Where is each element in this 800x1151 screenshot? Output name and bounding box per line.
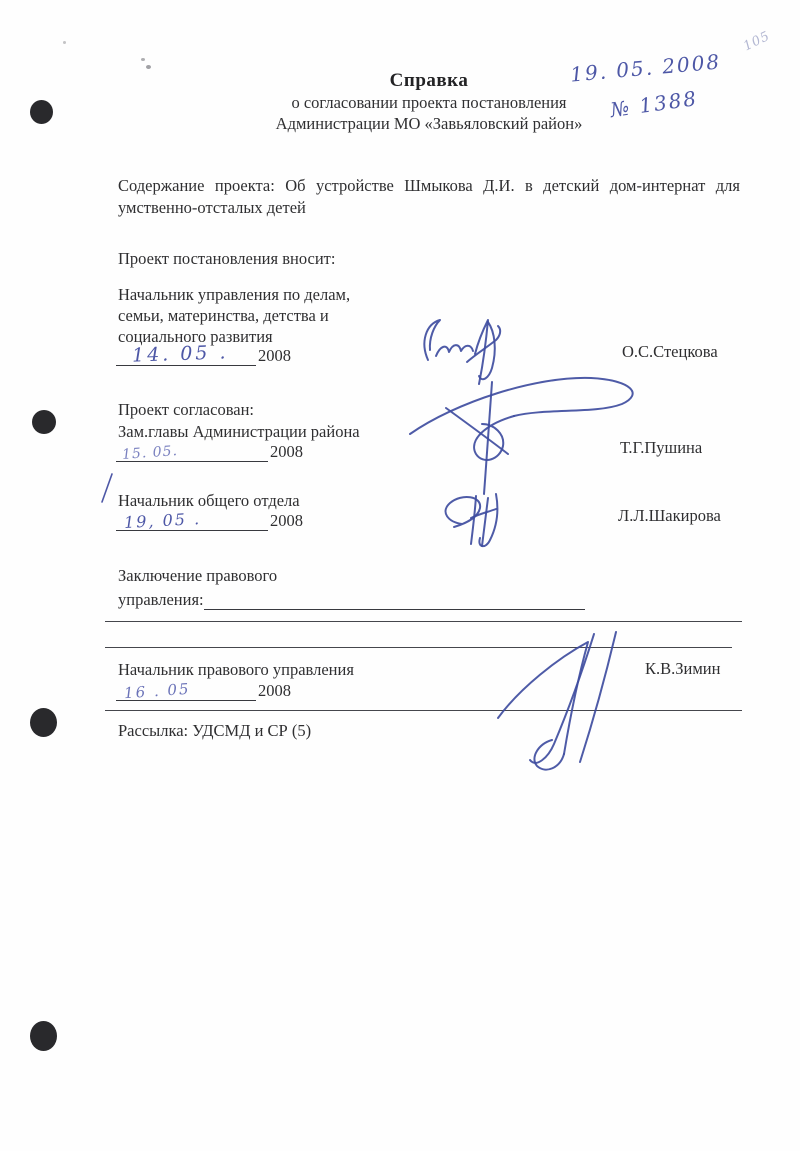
hole-punch-mark <box>30 708 57 737</box>
blank-line <box>204 585 585 610</box>
signer-role-1: Начальник управления по делам, семьи, ма… <box>118 284 350 347</box>
hole-punch-mark <box>32 410 56 434</box>
scan-speck <box>141 58 145 61</box>
signer-name-2: Т.Г.Пушина <box>620 438 702 458</box>
pen-tick-mark <box>98 472 116 504</box>
conclusion-label-line2-row: управления: <box>118 586 585 610</box>
year-label: 2008 <box>270 442 303 462</box>
scan-speck <box>146 65 151 69</box>
handwritten-date-1: 14. 05 . <box>132 341 229 366</box>
signature-pushina <box>386 364 656 498</box>
conclusion-label-line2: управления: <box>118 590 204 610</box>
handwritten-date-4: 16 . 05 <box>123 680 191 703</box>
date-underline: 16 . 05 <box>116 674 256 701</box>
year-label: 2008 <box>258 681 291 701</box>
date-field-3: 19, 05 . 2008 <box>116 505 303 531</box>
signer-name-1: О.С.Стецкова <box>622 342 718 362</box>
handwritten-corner-mark: 105 <box>741 29 773 55</box>
agreed-label: Проект согласован: <box>118 400 254 420</box>
document-page: Справка о согласовании проекта постановл… <box>0 0 800 1151</box>
conclusion-label-line1: Заключение правового <box>118 566 277 586</box>
role-line: семьи, материнства, детства и <box>118 305 350 326</box>
handwritten-date-2: 15. 05. <box>122 443 179 463</box>
separator-line <box>105 710 742 711</box>
signature-zimin <box>476 626 641 778</box>
year-label: 2008 <box>270 511 303 531</box>
scan-speck <box>63 41 66 44</box>
project-content-line2: умственно-отсталых детей <box>118 198 306 218</box>
date-field-2: 15. 05. 2008 <box>116 436 303 462</box>
date-field-4: 16 . 05 2008 <box>116 675 291 701</box>
date-underline: 19, 05 . <box>116 504 268 531</box>
signature-shakirova <box>428 484 540 556</box>
signer-name-4: К.В.Зимин <box>645 659 720 679</box>
date-underline: 15. 05. <box>116 435 268 462</box>
role-line: Начальник управления по делам, <box>118 284 350 305</box>
distribution-note: Рассылка: УДСМД и СР (5) <box>118 721 311 741</box>
hole-punch-mark <box>30 1021 57 1051</box>
signer-name-3: Л.Л.Шакирова <box>618 506 721 526</box>
date-field-1: 14. 05 . 2008 <box>116 340 291 366</box>
hole-punch-mark <box>30 100 53 124</box>
blank-line <box>105 621 742 622</box>
date-underline: 14. 05 . <box>116 339 256 366</box>
intro-label: Проект постановления вносит: <box>118 249 335 269</box>
year-label: 2008 <box>258 346 291 366</box>
project-content-line1: Содержание проекта: Об устройстве Шмыков… <box>118 176 740 196</box>
handwritten-date-3: 19, 05 . <box>124 509 202 532</box>
